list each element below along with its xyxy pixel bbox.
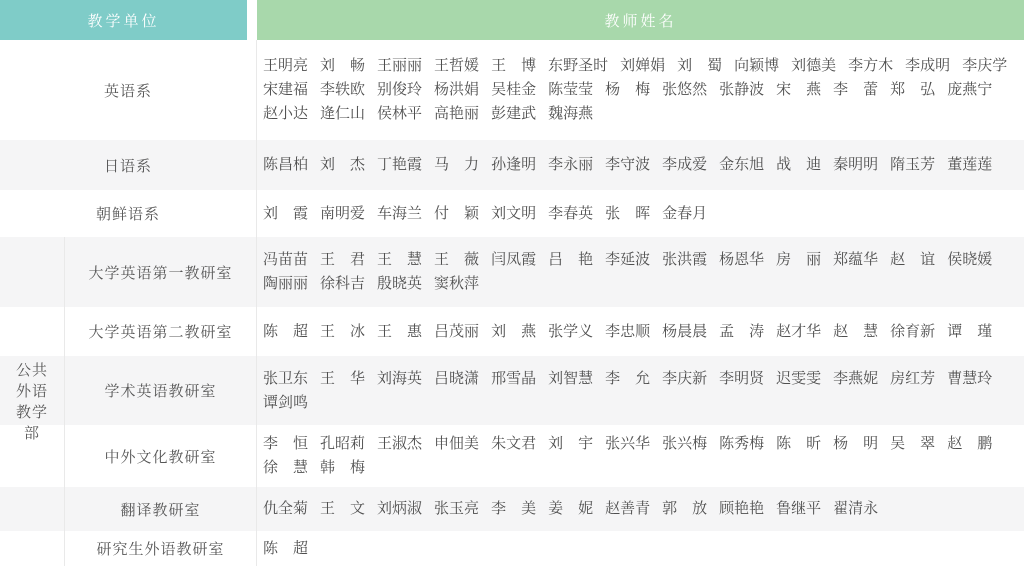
teacher-name: 李方木 <box>848 54 893 78</box>
group-label: 公共外语教学部 <box>15 360 49 444</box>
teacher-name: 张悠然 <box>662 78 707 102</box>
teacher-name: 刘 蜀 <box>677 54 722 78</box>
names-line: 仇全菊王 文刘炳淑张玉亮李 美姜 妮赵善青郭 放顾艳艳鲁继平翟清永 <box>263 497 1018 521</box>
teacher-name: 杨洪娟 <box>434 78 479 102</box>
teacher-name: 窦秋萍 <box>434 272 479 296</box>
teacher-name: 王明亮 <box>263 54 308 78</box>
teacher-name: 迟雯雯 <box>776 367 821 391</box>
names-line: 王明亮刘 畅王丽丽王哲媛王 博东野圣时刘婵娟刘 蜀向颖博刘德美李方木李成明李庆学 <box>263 54 1018 78</box>
teacher-name: 杨 明 <box>833 432 878 456</box>
names-cell: 冯苗苗王 君王 慧王 薇闫凤霞吕 艳李延波张洪霞杨恩华房 丽郑蕴华赵 谊侯晓媛陶… <box>256 237 1024 307</box>
teacher-name: 吕 艳 <box>548 248 593 272</box>
names-line: 陈 超王 冰王 惠吕茂丽刘 燕张学义李忠顺杨晨晨孟 涛赵才华赵 慧徐育新谭 瑾 <box>263 320 1018 344</box>
names-line: 徐 慧韩 梅 <box>263 456 1018 480</box>
teacher-name: 王 文 <box>320 497 365 521</box>
teacher-name: 王淑杰 <box>377 432 422 456</box>
names-cell: 陈 超 <box>256 531 1024 566</box>
teacher-name: 别俊玲 <box>377 78 422 102</box>
teacher-name: 李永丽 <box>548 153 593 177</box>
teacher-name: 孔昭莉 <box>320 432 365 456</box>
teacher-name: 朱文君 <box>491 432 536 456</box>
teacher-name: 翟清永 <box>833 497 878 521</box>
teacher-name: 张 晖 <box>605 202 650 226</box>
teacher-name: 车海兰 <box>377 202 422 226</box>
teacher-name: 刘 霞 <box>263 202 308 226</box>
teacher-name: 金东旭 <box>719 153 764 177</box>
names-line: 陶丽丽徐科吉殷晓英窦秋萍 <box>263 272 1018 296</box>
teacher-name: 李春英 <box>548 202 593 226</box>
teacher-name: 秦明明 <box>833 153 878 177</box>
teacher-name: 顾艳艳 <box>719 497 764 521</box>
unit-cell: 日语系 <box>0 140 256 190</box>
names-line: 张卫东王 华刘海英吕晓潇邢雪晶刘智慧李 允李庆新李明贤迟雯雯李燕妮房红芳曹慧玲 <box>263 367 1018 391</box>
teacher-name: 李庆新 <box>662 367 707 391</box>
group-cell-public-foreign-language-dept: 公共外语教学部 <box>0 237 65 566</box>
teacher-name: 姜 妮 <box>548 497 593 521</box>
header-names-label: 教师姓名 <box>604 10 676 31</box>
names-cell: 陈 超王 冰王 惠吕茂丽刘 燕张学义李忠顺杨晨晨孟 涛赵才华赵 慧徐育新谭 瑾 <box>256 307 1024 356</box>
teacher-name: 刘 宇 <box>548 432 593 456</box>
teacher-name: 王 华 <box>320 367 365 391</box>
names-cell: 刘 霞南明爱车海兰付 颖刘文明李春英张 晖金春月 <box>256 190 1024 237</box>
teacher-name: 李 蕾 <box>833 78 878 102</box>
teacher-name: 闫凤霞 <box>491 248 536 272</box>
teacher-name: 王 薇 <box>434 248 479 272</box>
teacher-name: 李守波 <box>605 153 650 177</box>
teacher-name: 张静波 <box>719 78 764 102</box>
teacher-name: 庞燕宁 <box>947 78 992 102</box>
teacher-name: 房红芳 <box>890 367 935 391</box>
teacher-name: 刘 畅 <box>320 54 365 78</box>
teacher-name: 宋建福 <box>263 78 308 102</box>
teacher-name: 高艳丽 <box>434 102 479 126</box>
teacher-name: 王 惠 <box>377 320 422 344</box>
teacher-name: 曹慧玲 <box>947 367 992 391</box>
teacher-name: 张兴梅 <box>662 432 707 456</box>
teacher-name: 邢雪晶 <box>491 367 536 391</box>
teacher-name: 刘智慧 <box>548 367 593 391</box>
table-row: 朝鲜语系刘 霞南明爱车海兰付 颖刘文明李春英张 晖金春月 <box>0 190 1024 237</box>
teacher-name: 东野圣时 <box>548 54 608 78</box>
teacher-name: 吕茂丽 <box>434 320 479 344</box>
teacher-name: 赵小达 <box>263 102 308 126</box>
teacher-name: 张洪霞 <box>662 248 707 272</box>
teacher-name: 隋玉芳 <box>890 153 935 177</box>
teacher-name: 丁艳霞 <box>377 153 422 177</box>
names-line: 赵小达逄仁山侯林平高艳丽彭建武魏海燕 <box>263 102 1018 126</box>
header-unit-column: 教学单位 <box>0 0 247 40</box>
teacher-name: 张玉亮 <box>434 497 479 521</box>
teacher-name: 徐育新 <box>890 320 935 344</box>
teacher-name: 刘炳淑 <box>377 497 422 521</box>
table-header: 教学单位 教师姓名 <box>0 0 1024 40</box>
teacher-name: 徐科吉 <box>320 272 365 296</box>
teacher-name: 战 迪 <box>776 153 821 177</box>
teacher-name: 郭 放 <box>662 497 707 521</box>
teacher-name: 宋 燕 <box>776 78 821 102</box>
teacher-name: 赵 鹏 <box>947 432 992 456</box>
teacher-name: 刘 燕 <box>491 320 536 344</box>
unit-cell: 学术英语教研室 <box>65 356 256 425</box>
teacher-name: 刘文明 <box>491 202 536 226</box>
teacher-name: 杨恩华 <box>719 248 764 272</box>
teacher-name: 向颖博 <box>734 54 779 78</box>
teacher-name: 赵 慧 <box>833 320 878 344</box>
teacher-name: 吴桂金 <box>491 78 536 102</box>
names-line: 谭剑鸣 <box>263 391 1018 415</box>
unit-cell: 大学英语第二教研室 <box>65 307 256 356</box>
teacher-name: 陈秀梅 <box>719 432 764 456</box>
table-body: 英语系王明亮刘 畅王丽丽王哲媛王 博东野圣时刘婵娟刘 蜀向颖博刘德美李方木李成明… <box>0 40 1024 566</box>
teacher-name: 李燕妮 <box>833 367 878 391</box>
teacher-name: 陈昌柏 <box>263 153 308 177</box>
teacher-name: 马 力 <box>434 153 479 177</box>
names-line: 刘 霞南明爱车海兰付 颖刘文明李春英张 晖金春月 <box>263 202 1018 226</box>
names-cell: 王明亮刘 畅王丽丽王哲媛王 博东野圣时刘婵娟刘 蜀向颖博刘德美李方木李成明李庆学… <box>256 40 1024 140</box>
teacher-name: 陈 昕 <box>776 432 821 456</box>
teacher-name: 金春月 <box>662 202 707 226</box>
teacher-name: 赵 谊 <box>890 248 935 272</box>
unit-cell: 朝鲜语系 <box>0 190 256 237</box>
names-cell: 陈昌柏刘 杰丁艳霞马 力孙逢明李永丽李守波李成爱金东旭战 迪秦明明隋玉芳董莲莲 <box>256 140 1024 190</box>
table-row: 大学英语第二教研室陈 超王 冰王 惠吕茂丽刘 燕张学义李忠顺杨晨晨孟 涛赵才华赵… <box>0 307 1024 356</box>
teacher-name: 王 冰 <box>320 320 365 344</box>
teacher-name: 谭 瑾 <box>947 320 992 344</box>
teacher-name: 申佃美 <box>434 432 479 456</box>
table-row: 翻译教研室仇全菊王 文刘炳淑张玉亮李 美姜 妮赵善青郭 放顾艳艳鲁继平翟清永 <box>0 487 1024 531</box>
teacher-name: 仇全菊 <box>263 497 308 521</box>
names-line: 冯苗苗王 君王 慧王 薇闫凤霞吕 艳李延波张洪霞杨恩华房 丽郑蕴华赵 谊侯晓媛 <box>263 248 1018 272</box>
names-cell: 李 恒孔昭莉王淑杰申佃美朱文君刘 宇张兴华张兴梅陈秀梅陈 昕杨 明吴 翠赵 鹏徐… <box>256 425 1024 487</box>
teacher-name: 魏海燕 <box>548 102 593 126</box>
table-row: 中外文化教研室李 恒孔昭莉王淑杰申佃美朱文君刘 宇张兴华张兴梅陈秀梅陈 昕杨 明… <box>0 425 1024 487</box>
unit-cell: 大学英语第一教研室 <box>65 237 256 307</box>
teacher-name: 李忠顺 <box>605 320 650 344</box>
teacher-name: 郑蕴华 <box>833 248 878 272</box>
unit-cell: 英语系 <box>0 40 256 140</box>
teacher-name: 赵善青 <box>605 497 650 521</box>
names-cell: 仇全菊王 文刘炳淑张玉亮李 美姜 妮赵善青郭 放顾艳艳鲁继平翟清永 <box>256 487 1024 531</box>
teacher-name: 刘海英 <box>377 367 422 391</box>
teacher-name: 李延波 <box>605 248 650 272</box>
teacher-name: 王 博 <box>491 54 536 78</box>
teacher-name: 吕晓潇 <box>434 367 479 391</box>
teacher-name: 杨 梅 <box>605 78 650 102</box>
header-unit-label: 教学单位 <box>87 10 159 31</box>
teacher-name: 李成明 <box>905 54 950 78</box>
teacher-name: 李成爱 <box>662 153 707 177</box>
teacher-name: 鲁继平 <box>776 497 821 521</box>
teacher-name: 王 慧 <box>377 248 422 272</box>
table-row: 学术英语教研室张卫东王 华刘海英吕晓潇邢雪晶刘智慧李 允李庆新李明贤迟雯雯李燕妮… <box>0 356 1024 425</box>
teacher-name: 张卫东 <box>263 367 308 391</box>
teacher-name: 赵才华 <box>776 320 821 344</box>
teacher-name: 李庆学 <box>962 54 1007 78</box>
teacher-name: 逄仁山 <box>320 102 365 126</box>
teacher-name: 刘婵娟 <box>620 54 665 78</box>
teacher-name: 殷晓英 <box>377 272 422 296</box>
teacher-name: 王丽丽 <box>377 54 422 78</box>
table-row: 日语系陈昌柏刘 杰丁艳霞马 力孙逢明李永丽李守波李成爱金东旭战 迪秦明明隋玉芳董… <box>0 140 1024 190</box>
unit-cell: 翻译教研室 <box>65 487 256 531</box>
teacher-name: 韩 梅 <box>320 456 365 480</box>
teacher-name: 李明贤 <box>719 367 764 391</box>
teacher-name: 刘 杰 <box>320 153 365 177</box>
names-line: 陈 超 <box>263 537 1018 561</box>
teacher-name: 陈 超 <box>263 320 308 344</box>
teacher-name: 李轶欧 <box>320 78 365 102</box>
teacher-name: 王 君 <box>320 248 365 272</box>
teacher-name: 杨晨晨 <box>662 320 707 344</box>
teacher-name: 郑 弘 <box>890 78 935 102</box>
teacher-name: 李 恒 <box>263 432 308 456</box>
teacher-name: 张学义 <box>548 320 593 344</box>
teacher-name: 陶丽丽 <box>263 272 308 296</box>
names-cell: 张卫东王 华刘海英吕晓潇邢雪晶刘智慧李 允李庆新李明贤迟雯雯李燕妮房红芳曹慧玲谭… <box>256 356 1024 425</box>
teacher-name: 董莲莲 <box>947 153 992 177</box>
teacher-name: 冯苗苗 <box>263 248 308 272</box>
teacher-name: 谭剑鸣 <box>263 391 308 415</box>
table-row: 大学英语第一教研室冯苗苗王 君王 慧王 薇闫凤霞吕 艳李延波张洪霞杨恩华房 丽郑… <box>0 237 1024 307</box>
teacher-name: 侯林平 <box>377 102 422 126</box>
table-row: 英语系王明亮刘 畅王丽丽王哲媛王 博东野圣时刘婵娟刘 蜀向颖博刘德美李方木李成明… <box>0 40 1024 140</box>
table-row: 研究生外语教研室陈 超 <box>0 531 1024 566</box>
teacher-name: 彭建武 <box>491 102 536 126</box>
names-line: 宋建福李轶欧别俊玲杨洪娟吴桂金陈莹莹杨 梅张悠然张静波宋 燕李 蕾郑 弘庞燕宁 <box>263 78 1018 102</box>
names-line: 李 恒孔昭莉王淑杰申佃美朱文君刘 宇张兴华张兴梅陈秀梅陈 昕杨 明吴 翠赵 鹏 <box>263 432 1018 456</box>
teacher-name: 孙逢明 <box>491 153 536 177</box>
teacher-name: 李 允 <box>605 367 650 391</box>
teacher-name: 李 美 <box>491 497 536 521</box>
teacher-name: 王哲媛 <box>434 54 479 78</box>
header-names-column: 教师姓名 <box>257 0 1024 40</box>
teachers-table: 教学单位 教师姓名 英语系王明亮刘 畅王丽丽王哲媛王 博东野圣时刘婵娟刘 蜀向颖… <box>0 0 1024 566</box>
unit-cell: 研究生外语教研室 <box>65 531 256 566</box>
teacher-name: 孟 涛 <box>719 320 764 344</box>
teacher-name: 徐 慧 <box>263 456 308 480</box>
teacher-name: 房 丽 <box>776 248 821 272</box>
unit-cell: 中外文化教研室 <box>65 425 256 487</box>
teacher-name: 侯晓媛 <box>947 248 992 272</box>
teacher-name: 刘德美 <box>791 54 836 78</box>
teacher-name: 陈莹莹 <box>548 78 593 102</box>
teacher-name: 南明爱 <box>320 202 365 226</box>
teacher-name: 吴 翠 <box>890 432 935 456</box>
teacher-name: 付 颖 <box>434 202 479 226</box>
names-line: 陈昌柏刘 杰丁艳霞马 力孙逢明李永丽李守波李成爱金东旭战 迪秦明明隋玉芳董莲莲 <box>263 153 1018 177</box>
teacher-name: 陈 超 <box>263 537 308 561</box>
teacher-name: 张兴华 <box>605 432 650 456</box>
